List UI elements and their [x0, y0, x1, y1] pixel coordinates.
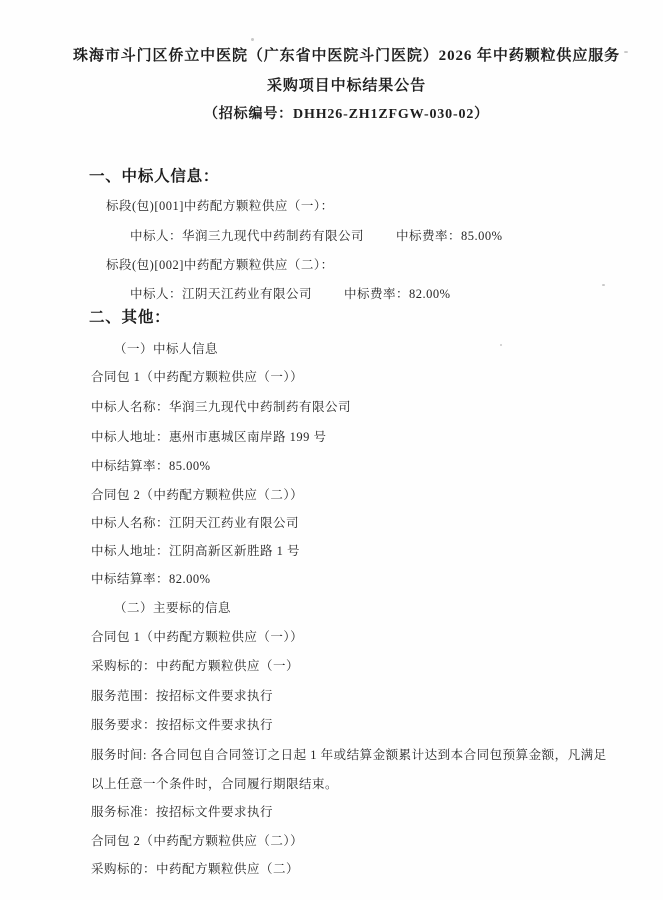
subject1-label: 采购标的：: [91, 659, 156, 673]
pkg1-addr-value: 惠州市惠城区南岸路 199 号: [169, 430, 327, 444]
scanned-document-page: 珠海市斗门区侨立中医院（广东省中医院斗门医院）2026 年中药颗粒供应服务 采购…: [0, 0, 663, 900]
tender-number-line: （招标编号：DHH26-ZH1ZFGW-030-02）: [30, 103, 663, 123]
lot1-winner-label: 中标人：: [130, 229, 182, 243]
pkg2-rate-value: 82.00%: [169, 572, 211, 586]
lot2-winner-row: 中标人：江阴天江药业有限公司中标费率：82.00%: [130, 285, 451, 303]
pkg1-name-label: 中标人名称：: [91, 400, 169, 414]
std-value: 按招标文件要求执行: [156, 805, 273, 819]
pkg2-winner-name-row: 中标人名称：江阴天江药业有限公司: [91, 514, 299, 532]
scan-speck: [624, 51, 628, 53]
sub2-heading: （二）主要标的信息: [114, 599, 231, 617]
document-title-line1: 珠海市斗门区侨立中医院（广东省中医院斗门医院）2026 年中药颗粒供应服务: [30, 44, 663, 65]
lot1-winner-row: 中标人：华润三九现代中药制药有限公司中标费率：85.00%: [130, 227, 503, 245]
pkg2-winner-addr-row: 中标人地址：江阴高新区新胜路 1 号: [91, 542, 300, 560]
service-time-line1: 服务时间: 各合同包自合同签订之日起 1 年或结算金额累计达到本合同包预算金额，…: [91, 746, 607, 764]
lot2-title: 标段(包)[002]中药配方颗粒供应（二）：: [106, 256, 334, 274]
scan-speck: [251, 38, 254, 41]
lot1-winner-name: 华润三九现代中药制药有限公司: [182, 229, 364, 243]
sub1-heading: （一）中标人信息: [114, 340, 218, 358]
subject2-label: 采购标的：: [91, 862, 156, 876]
lot2-fee-rate: 82.00%: [409, 287, 451, 301]
service-req-row: 服务要求：按招标文件要求执行: [91, 716, 273, 734]
section2-heading: 二、其他：: [89, 309, 170, 327]
pkg2-addr-value: 江阴高新区新胜路 1 号: [169, 544, 300, 558]
pkg1-rate-value: 85.00%: [169, 459, 211, 473]
service-standard-row: 服务标准：按招标文件要求执行: [91, 803, 273, 821]
pkg2-rate-label: 中标结算率：: [91, 572, 169, 586]
pkg2-header: 合同包 2（中药配方颗粒供应（二））: [91, 486, 303, 504]
pkg1-settle-rate-row: 中标结算率：85.00%: [91, 457, 211, 475]
pkg1-winner-addr-row: 中标人地址：惠州市惠城区南岸路 199 号: [91, 428, 327, 446]
pkg2-settle-rate-row: 中标结算率：82.00%: [91, 570, 211, 588]
pkg2-name-label: 中标人名称：: [91, 516, 169, 530]
req-label: 服务要求：: [91, 718, 156, 732]
scan-speck: [602, 284, 605, 286]
pkg1-addr-label: 中标人地址：: [91, 430, 169, 444]
subject2-value: 中药配方颗粒供应（二）: [156, 862, 299, 876]
pkg1-rate-label: 中标结算率：: [91, 459, 169, 473]
document-title-line2: 采购项目中标结果公告: [30, 74, 663, 95]
lot1-title: 标段(包)[001]中药配方颗粒供应（一）：: [106, 197, 334, 215]
pkg2-name-value: 江阴天江药业有限公司: [169, 516, 299, 530]
lot1-fee-rate: 85.00%: [461, 229, 503, 243]
service-time-line2: 以上任意一个条件时，合同履行期限结束。: [91, 775, 338, 793]
pkg1-winner-name-row: 中标人名称：华润三九现代中药制药有限公司: [91, 398, 351, 416]
subject-pkg2-header: 合同包 2（中药配方颗粒供应（二））: [91, 832, 303, 850]
pkg1-name-value: 华润三九现代中药制药有限公司: [169, 400, 351, 414]
service-scope-row: 服务范围：按招标文件要求执行: [91, 687, 273, 705]
lot1-fee-label: 中标费率：: [396, 229, 461, 243]
lot2-winner-label: 中标人：: [130, 287, 182, 301]
subject1-value: 中药配方颗粒供应（一）: [156, 659, 299, 673]
subject-pkg1-subject-row: 采购标的：中药配方颗粒供应（一）: [91, 657, 299, 675]
pkg2-addr-label: 中标人地址：: [91, 544, 169, 558]
lot2-winner-name: 江阴天江药业有限公司: [182, 287, 312, 301]
std-label: 服务标准：: [91, 805, 156, 819]
scan-speck: [500, 344, 502, 346]
lot2-fee-label: 中标费率：: [344, 287, 409, 301]
section1-heading: 一、中标人信息：: [89, 168, 219, 186]
req-value: 按招标文件要求执行: [156, 718, 273, 732]
subject-pkg1-header: 合同包 1（中药配方颗粒供应（一））: [91, 628, 303, 646]
scope-value: 按招标文件要求执行: [156, 689, 273, 703]
scope-label: 服务范围：: [91, 689, 156, 703]
pkg1-header: 合同包 1（中药配方颗粒供应（一））: [91, 368, 303, 386]
subject-pkg2-subject-row: 采购标的：中药配方颗粒供应（二）: [91, 860, 299, 878]
